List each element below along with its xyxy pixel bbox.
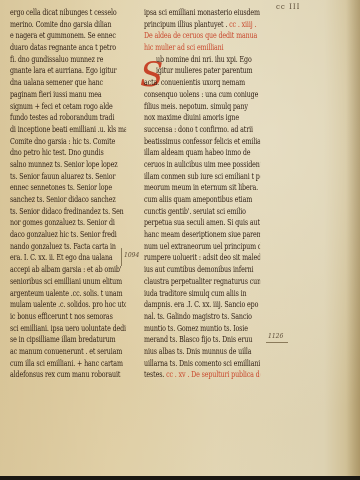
text-line: Comite dno garsia : hic ts. Comite	[10, 136, 126, 148]
text-line: uillarna ts. Dnis comento sci emilliani	[144, 358, 260, 370]
text-line: ennec sennetones ts. Senior lope	[10, 182, 126, 194]
text-line: mulam ualente .c. solidos. pro hoc uto	[10, 299, 126, 311]
text-line: cunctis gentib'. seruiat sci emilio	[144, 206, 260, 218]
scan-border	[0, 476, 360, 480]
text-line: paginam fieri iussi manu mea	[10, 89, 126, 101]
rubric-numeral: cc . xiiij .	[229, 19, 256, 29]
folio-number: cc III	[276, 3, 300, 11]
text-line: dna ualana semener que hanc	[10, 77, 126, 89]
text-line: succensa : dono t confirmo. ad atrii	[144, 124, 260, 136]
text-line: acta. conuenientis uxorq nemam	[144, 77, 260, 89]
text-line: gnante lara et aurriana. Ego igitur	[10, 65, 126, 77]
text-line: illam conmen sub iure sci emiliani t pos…	[144, 171, 260, 183]
text-line: cum aliis quam amepontibus etiam	[144, 194, 260, 206]
text-line: dampnis. era .I. C. xx. iiij. Sancio epo	[144, 299, 260, 311]
text-line: se in cipsilliame illam bredaturum	[10, 334, 126, 346]
margin-date-note: 1126	[268, 333, 283, 340]
text-line: ts. Senior didaco fredinandez ts. Sen	[10, 206, 126, 218]
text-line: ts. Senior fauun aluarez ts. Senior	[10, 171, 126, 183]
text-line: consenquo uolens : una cum coniuge	[144, 89, 260, 101]
text-line: nox maxime diuini amoris igne	[144, 112, 260, 124]
text-line: num uel extraneorum uel principum dis	[144, 241, 260, 253]
rubric-line: hic mulier ad sci emilliani	[144, 42, 260, 54]
text-line: merino. Comite dno garsia dilian	[10, 19, 126, 31]
text-line: hanc meam deseriptionem siue parem	[144, 229, 260, 241]
text-line: beatissimus confessor felicis et emilian…	[144, 136, 260, 148]
text-line: senioribus sci emilliani unum elitum	[10, 276, 126, 288]
text-line: daco gonzaluez hic ts. Senior fredi	[10, 229, 126, 241]
text-line: nius albas ts. Dnis munnus de uilla	[144, 346, 260, 358]
text-line: nal. ts. Galindo magistro ts. Sancio	[144, 311, 260, 323]
text-line: sci emilliani. ipsa uero uoluntate dedit	[10, 323, 126, 335]
margin-underline	[266, 342, 288, 343]
right-text-column: ipsa sci emilliani monasterio eiusdem pr…	[144, 7, 259, 381]
text-line: e nagera et gummonem. Se ennec	[10, 30, 126, 42]
text-line-with-rubric: testes. cc . xv . De sepulturi publica d…	[144, 369, 260, 381]
rubric-numeral: cc . xv .	[166, 369, 189, 379]
text-line: nando gonzaluez ts. Facta carta in	[10, 241, 126, 253]
text-line: fundo testes ad roborandum tradi	[10, 112, 126, 124]
text-line: cum illa sci emilliani. + hanc cartam	[10, 358, 126, 370]
text-line: aldefonsus rex cum manu roborauit	[10, 369, 126, 381]
text-line: nor gomes gonzaluez ts. Senior di	[10, 217, 126, 229]
text-line: ic bonus efficerunt t nos semoras	[10, 311, 126, 323]
text-line: ac manum conuenerunt . et seruiam	[10, 346, 126, 358]
text-line: accepi ab albam garsia : et ab omib'	[10, 264, 126, 276]
text-line: fi. dno gundissaluo munnez re	[10, 54, 126, 66]
rubric-heading: De sepulturi publica destr	[191, 369, 260, 379]
text-line: filius meis. nepotum. simulq pany	[144, 101, 260, 113]
text-line: ergo cella dicat nibunges t cesselo	[10, 7, 126, 19]
text-line: meorum meum in eternum sit libera.	[144, 182, 260, 194]
text-line: ub nomine dni nri. ihu xpi. Ego	[144, 54, 272, 66]
text-line: era. I. C. xx. ii. Et ego dna ualana	[10, 252, 126, 264]
margin-date-note: 1094	[124, 252, 139, 259]
text-line: illam aldeam quam habeo inmo de	[144, 147, 260, 159]
text-line: argenteum ualente .cc. solis. t unam	[10, 288, 126, 300]
text-line: perpetua sua seculi amen. Si quis aut	[144, 217, 260, 229]
page-edge-shadow	[346, 0, 360, 476]
margin-bracket	[121, 248, 122, 266]
text-line: sanchez ts. Senior didaco sanchez	[10, 194, 126, 206]
text-line: di inceptione beati emilliani .u. kls ma…	[10, 124, 126, 136]
text-line: muntio ts. Gomez muntio ts. Iosie	[144, 323, 260, 335]
text-line: iuda traditore simulq cum aliis in	[144, 288, 260, 300]
text-line: dno petro hic test. Dno gundis	[10, 147, 126, 159]
rubric-line: De aldea de ceruos que dedit manua	[144, 30, 260, 42]
text-line: rumpere uoluerit : adsit deo sit maledic…	[144, 252, 260, 264]
text-line: claustra perpetualiter regnaturus cum	[144, 276, 260, 288]
text-line: ipsa sci emilliani monasterio eiusdem	[144, 7, 260, 19]
manuscript-page: cc III ergo cella dicat nibunges t cesse…	[0, 0, 360, 476]
text-line: duaro datas regnante anca t petro	[10, 42, 126, 54]
text-line: signum + feci et cetam rogo alde	[10, 101, 126, 113]
text-line: salno munnez ts. Senior lope lopez	[10, 159, 126, 171]
text-line: merand ts. Blasco fijo ts. Dnis eruu	[144, 334, 260, 346]
left-text-column: ergo cella dicat nibunges t cesselo meri…	[10, 7, 122, 381]
text-line-with-rubric: principum illius plantuyet . cc . xiiij …	[144, 19, 260, 31]
text-line: ceruos in aulicibus uim mee possidentur	[144, 159, 260, 171]
text-line: igitur mulieres pater parentum	[144, 65, 272, 77]
text-line: ius aut cumtibus demonibus inferni	[144, 264, 260, 276]
